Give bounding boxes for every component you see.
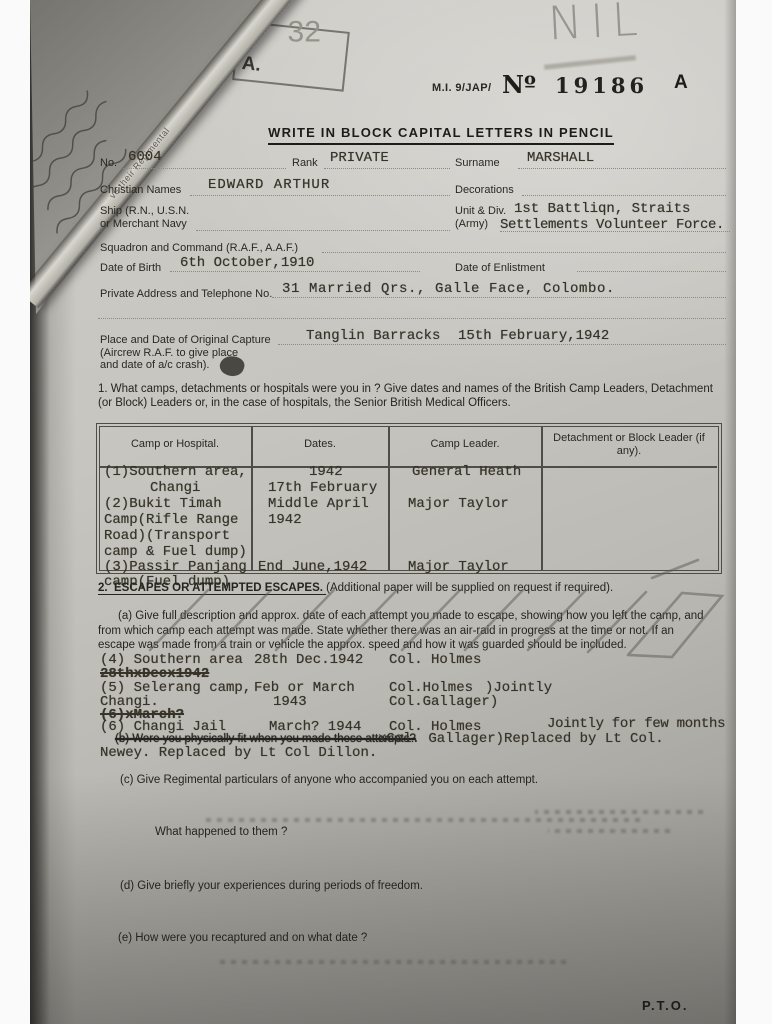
table-camp-line: Changi <box>150 480 200 496</box>
q2c-question: (c) Give Regimental particulars of anyon… <box>120 774 538 786</box>
bleedthrough-text <box>535 810 703 814</box>
table-camp-line: Camp(Rifle Range <box>104 512 238 528</box>
table-leader-line: General Heath <box>412 464 521 480</box>
unit-div-label-line1: Unit & Div. <box>455 205 506 217</box>
table-leader-line: Major Taylor <box>408 496 509 512</box>
table-camp-line: (1)Southern area, <box>104 464 247 480</box>
stamp-box-number: 32 <box>288 15 321 49</box>
table-col-divider-3 <box>541 426 543 570</box>
dob-value: 6th October,1910 <box>180 255 314 271</box>
unit-value-line1: 1st Battliqn, Straits <box>514 201 690 217</box>
squadron-label: Squadron and Command (R.A.F., A.A.F.) <box>100 242 298 254</box>
unit-div-label-line2: (Army) <box>455 218 488 230</box>
table-date-line: 1942 <box>268 512 302 528</box>
table-date-line: 1942 <box>309 464 343 480</box>
ship-label-line2: or Merchant Navy <box>100 218 187 230</box>
rank-value: PRIVATE <box>330 150 389 166</box>
dob-label: Date of Birth <box>100 262 161 274</box>
enlistment-label: Date of Enlistment <box>455 262 545 274</box>
christian-names-value: EDWARD ARTHUR <box>208 177 330 193</box>
escape5-date2: 1943 <box>273 694 307 710</box>
pencil-slash-marks <box>30 558 736 678</box>
no-field-value: 6004 <box>128 149 162 165</box>
capture-label: Place and Date of Original Capture <box>100 334 271 346</box>
screenshot-root: { "header": { "mi9_label": "M.I. 9/JAP/"… <box>0 0 772 1024</box>
christian-names-label: Christian Names <box>100 184 181 196</box>
serial-number: 19186 <box>555 73 648 98</box>
surname-label: Surname <box>455 157 500 169</box>
q2c-what-happened: What happened to them ? <box>155 826 287 838</box>
q2e-question: (e) How were you recaptured and on what … <box>118 932 367 944</box>
q2d-question: (d) Give briefly your experiences during… <box>120 880 423 892</box>
surname-value: MARSHALL <box>527 150 594 166</box>
bleedthrough-text <box>548 829 670 833</box>
q2b-typed-cont: Newey. Replaced by Lt Col Dillon. <box>100 745 377 761</box>
right-edge-shadow <box>724 0 736 1024</box>
scanned-form-page: M.I. 9/JAP/ Nº 19186 A NIL A. 32 AL (Kob… <box>30 0 736 1024</box>
bleedthrough-text <box>200 818 640 822</box>
nil-pencil-note: NIL <box>547 0 647 51</box>
bleedthrough-text <box>214 960 566 964</box>
escape5-leader2: Col.Gallager) <box>389 694 498 710</box>
q2b-typed-over: xCol. Gallager)Replaced by Lt Col. <box>378 731 664 747</box>
q2b-question: (b) Were you physically fit when you mad… <box>115 733 416 745</box>
series-letter: A <box>674 72 688 94</box>
rank-label: Rank <box>292 157 318 169</box>
nil-underline <box>544 55 636 70</box>
address-label: Private Address and Telephone No. <box>100 288 272 300</box>
table-camp-line: Road)(Transport <box>104 528 230 544</box>
capture-date: 15th February,1942 <box>458 328 609 344</box>
address-value: 31 Married Qrs., Galle Face, Colombo. <box>282 281 615 297</box>
escape6-note: Jointly for few months <box>547 716 725 732</box>
question1-line2: (or Block) Leaders or, in the case of ho… <box>98 397 511 409</box>
no-label: Nº <box>502 70 536 99</box>
table-header-leader: Camp Leader. <box>389 438 541 450</box>
table-header-dates: Dates. <box>252 438 388 450</box>
table-camp-line: (2)Bukit Timah <box>104 496 222 512</box>
capture-note-line2: and date of a/c crash). <box>100 359 209 371</box>
table-header-camp: Camp or Hospital. <box>99 438 251 450</box>
mi9-form-code: M.I. 9/JAP/ <box>432 82 491 94</box>
decorations-label: Decorations <box>455 184 514 196</box>
ship-label-line1: Ship (R.N., U.S.N. <box>100 205 189 217</box>
question1-line1: 1. What camps, detachments or hospitals … <box>98 383 713 395</box>
table-date-line: Middle April <box>268 496 369 512</box>
pto-label: P.T.O. <box>642 998 688 1013</box>
capture-place: Tanglin Barracks <box>306 328 440 344</box>
table-header-detachment: Detachment or Block Leader (if any). <box>548 432 710 458</box>
form-title: WRITE IN BLOCK CAPITAL LETTERS IN PENCIL <box>268 125 614 145</box>
table-date-line: 17th February <box>268 480 377 496</box>
capture-note-line1: (Aircrew R.A.F. to give place <box>100 347 238 359</box>
no-field-label: No. <box>100 157 117 169</box>
